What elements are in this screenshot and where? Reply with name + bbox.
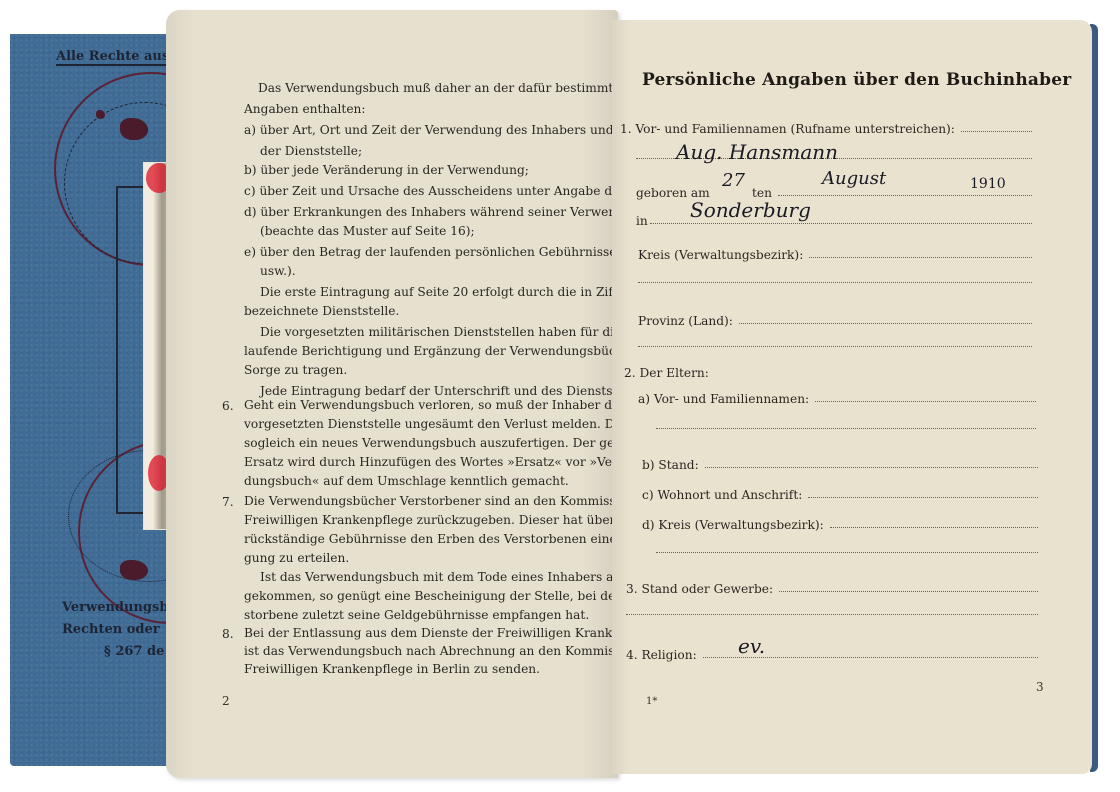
field-label: in	[636, 214, 648, 228]
trade-field: 3. Stand oder Gewerbe:	[626, 582, 1038, 596]
item-number: 8.	[222, 624, 242, 645]
field-label: c) Wohnort und Anschrift:	[642, 488, 802, 502]
text-line: Das Verwendungsbuch muß daher an der daf…	[244, 78, 616, 99]
field-label: a) Vor- und Familiennamen:	[638, 392, 809, 406]
text-line: rückständige Gebührnisse den Erben des V…	[244, 530, 616, 549]
list-item-6: Geht ein Verwendungsbuch verloren, so mu…	[244, 396, 616, 491]
page-title: Persönliche Angaben über den Buchinhaber	[642, 70, 1071, 90]
field-label: d) Kreis (Verwaltungsbezirk):	[642, 518, 824, 532]
text-line: bezeichnete Dienststelle.	[244, 301, 616, 322]
text-line: ist das Verwendungsbuch nach Abrechnung …	[244, 642, 616, 660]
parents-heading: 2. Der Eltern:	[624, 366, 709, 380]
text-line: Freiwilligen Krankenpflege in Berlin zu …	[244, 660, 616, 678]
signature-mark: 1*	[646, 696, 657, 707]
handwritten-birthplace: Sonderburg	[690, 198, 811, 222]
cover-footer-line: § 267 de	[104, 644, 164, 659]
page-number-left: 2	[222, 694, 230, 708]
text-line: Ersatz wird durch Hinzufügen des Wortes …	[244, 453, 616, 472]
text-line: a) über Art, Ort und Zeit der Verwendung…	[244, 120, 616, 141]
text-line: der Dienststelle;	[244, 141, 616, 160]
field-label: 1. Vor- und Familiennamen (Rufname unter…	[620, 122, 955, 136]
text-line: (beachte das Muster auf Seite 16);	[244, 221, 616, 242]
handwritten-name: Aug. Hansmann	[676, 140, 838, 164]
text-line: gekommen, so genügt eine Bescheinigung d…	[244, 587, 616, 606]
parents-name-field: a) Vor- und Familiennamen:	[638, 392, 1036, 406]
list-item-7: Die Verwendungsbücher Verstorbener sind …	[244, 492, 616, 625]
stamp-eagle-mark	[120, 560, 148, 580]
field-label: Kreis (Verwaltungsbezirk):	[638, 248, 803, 262]
provinz-line-2	[638, 346, 1032, 351]
page-number-right: 3	[1036, 680, 1044, 694]
text-line: e) über den Betrag der laufenden persönl…	[244, 242, 616, 261]
item-number: 6.	[222, 396, 242, 417]
parents-stand-field: b) Stand:	[642, 458, 1038, 472]
text-line: vorgesetzten Dienststelle ungesäumt den …	[244, 415, 616, 434]
handwritten-religion: ev.	[738, 634, 765, 658]
text-line: c) über Zeit und Ursache des Ausscheiden…	[244, 181, 616, 202]
handwritten-day: 27	[722, 170, 745, 191]
text-line: Die erste Eintragung auf Seite 20 erfolg…	[244, 282, 616, 301]
stamp-eagle-mark	[120, 118, 148, 140]
birth-year: 1910	[970, 176, 1006, 192]
text-line: sogleich ein neues Verwendungsbuch auszu…	[244, 434, 616, 453]
text-line: Freiwilligen Krankenpflege zurückzugeben…	[244, 511, 616, 530]
text-line: usw.).	[244, 261, 616, 282]
text-line: d) über Erkrankungen des Inhabers währen…	[244, 202, 616, 221]
provinz-field: Provinz (Land):	[638, 314, 1032, 328]
stamp-dot	[96, 110, 105, 119]
text-line: Angaben enthalten:	[244, 99, 616, 120]
kreis-line-2	[638, 282, 1032, 287]
parents-kreis-field: d) Kreis (Verwaltungsbezirk):	[642, 518, 1038, 532]
item-number: 7.	[222, 492, 242, 513]
text-line: gung zu erteilen.	[244, 549, 616, 568]
handwritten-month: August	[822, 168, 886, 189]
kreis-field: Kreis (Verwaltungsbezirk):	[638, 248, 1032, 262]
text-line: b) über jede Veränderung in der Verwendu…	[244, 160, 616, 181]
text-line: Ist das Verwendungsbuch mit dem Tode ein…	[244, 568, 616, 587]
name-field: 1. Vor- und Familiennamen (Rufname unter…	[620, 122, 1032, 136]
text-line: Sorge zu tragen.	[244, 360, 616, 381]
cover-rights-notice: Alle Rechte aus	[56, 49, 179, 66]
text-line: Geht ein Verwendungsbuch verloren, so mu…	[244, 396, 616, 415]
parents-address-field: c) Wohnort und Anschrift:	[642, 488, 1038, 502]
text-line: Die Verwendungsbücher Verstorbener sind …	[244, 492, 616, 511]
field-label: 3. Stand oder Gewerbe:	[626, 582, 773, 596]
text-line: storbene zuletzt seine Geldgebührnisse e…	[244, 606, 616, 625]
parents-kreis-line-2	[656, 552, 1038, 557]
field-label: 2. Der Eltern:	[624, 366, 709, 380]
left-page-body: Das Verwendungsbuch muß daher an der daf…	[244, 78, 616, 402]
text-line: dungsbuch« auf dem Umschlage kenntlich g…	[244, 472, 616, 491]
trade-line-2	[626, 614, 1038, 619]
text-line: Die vorgesetzten militärischen Dienstste…	[244, 322, 616, 341]
field-label: 4. Religion:	[626, 648, 697, 662]
text-line: laufende Berichtigung und Ergänzung der …	[244, 341, 616, 360]
field-label: Provinz (Land):	[638, 314, 733, 328]
text-line: Bei der Entlassung aus dem Dienste der F…	[244, 624, 616, 642]
cover-footer-line: Rechten oder	[62, 622, 160, 637]
field-label: b) Stand:	[642, 458, 699, 472]
parents-name-line-2	[656, 428, 1036, 433]
list-item-8: Bei der Entlassung aus dem Dienste der F…	[244, 624, 616, 678]
religion-field: 4. Religion:	[626, 648, 1038, 662]
cover-footer-line: Verwendungsb	[62, 600, 168, 615]
